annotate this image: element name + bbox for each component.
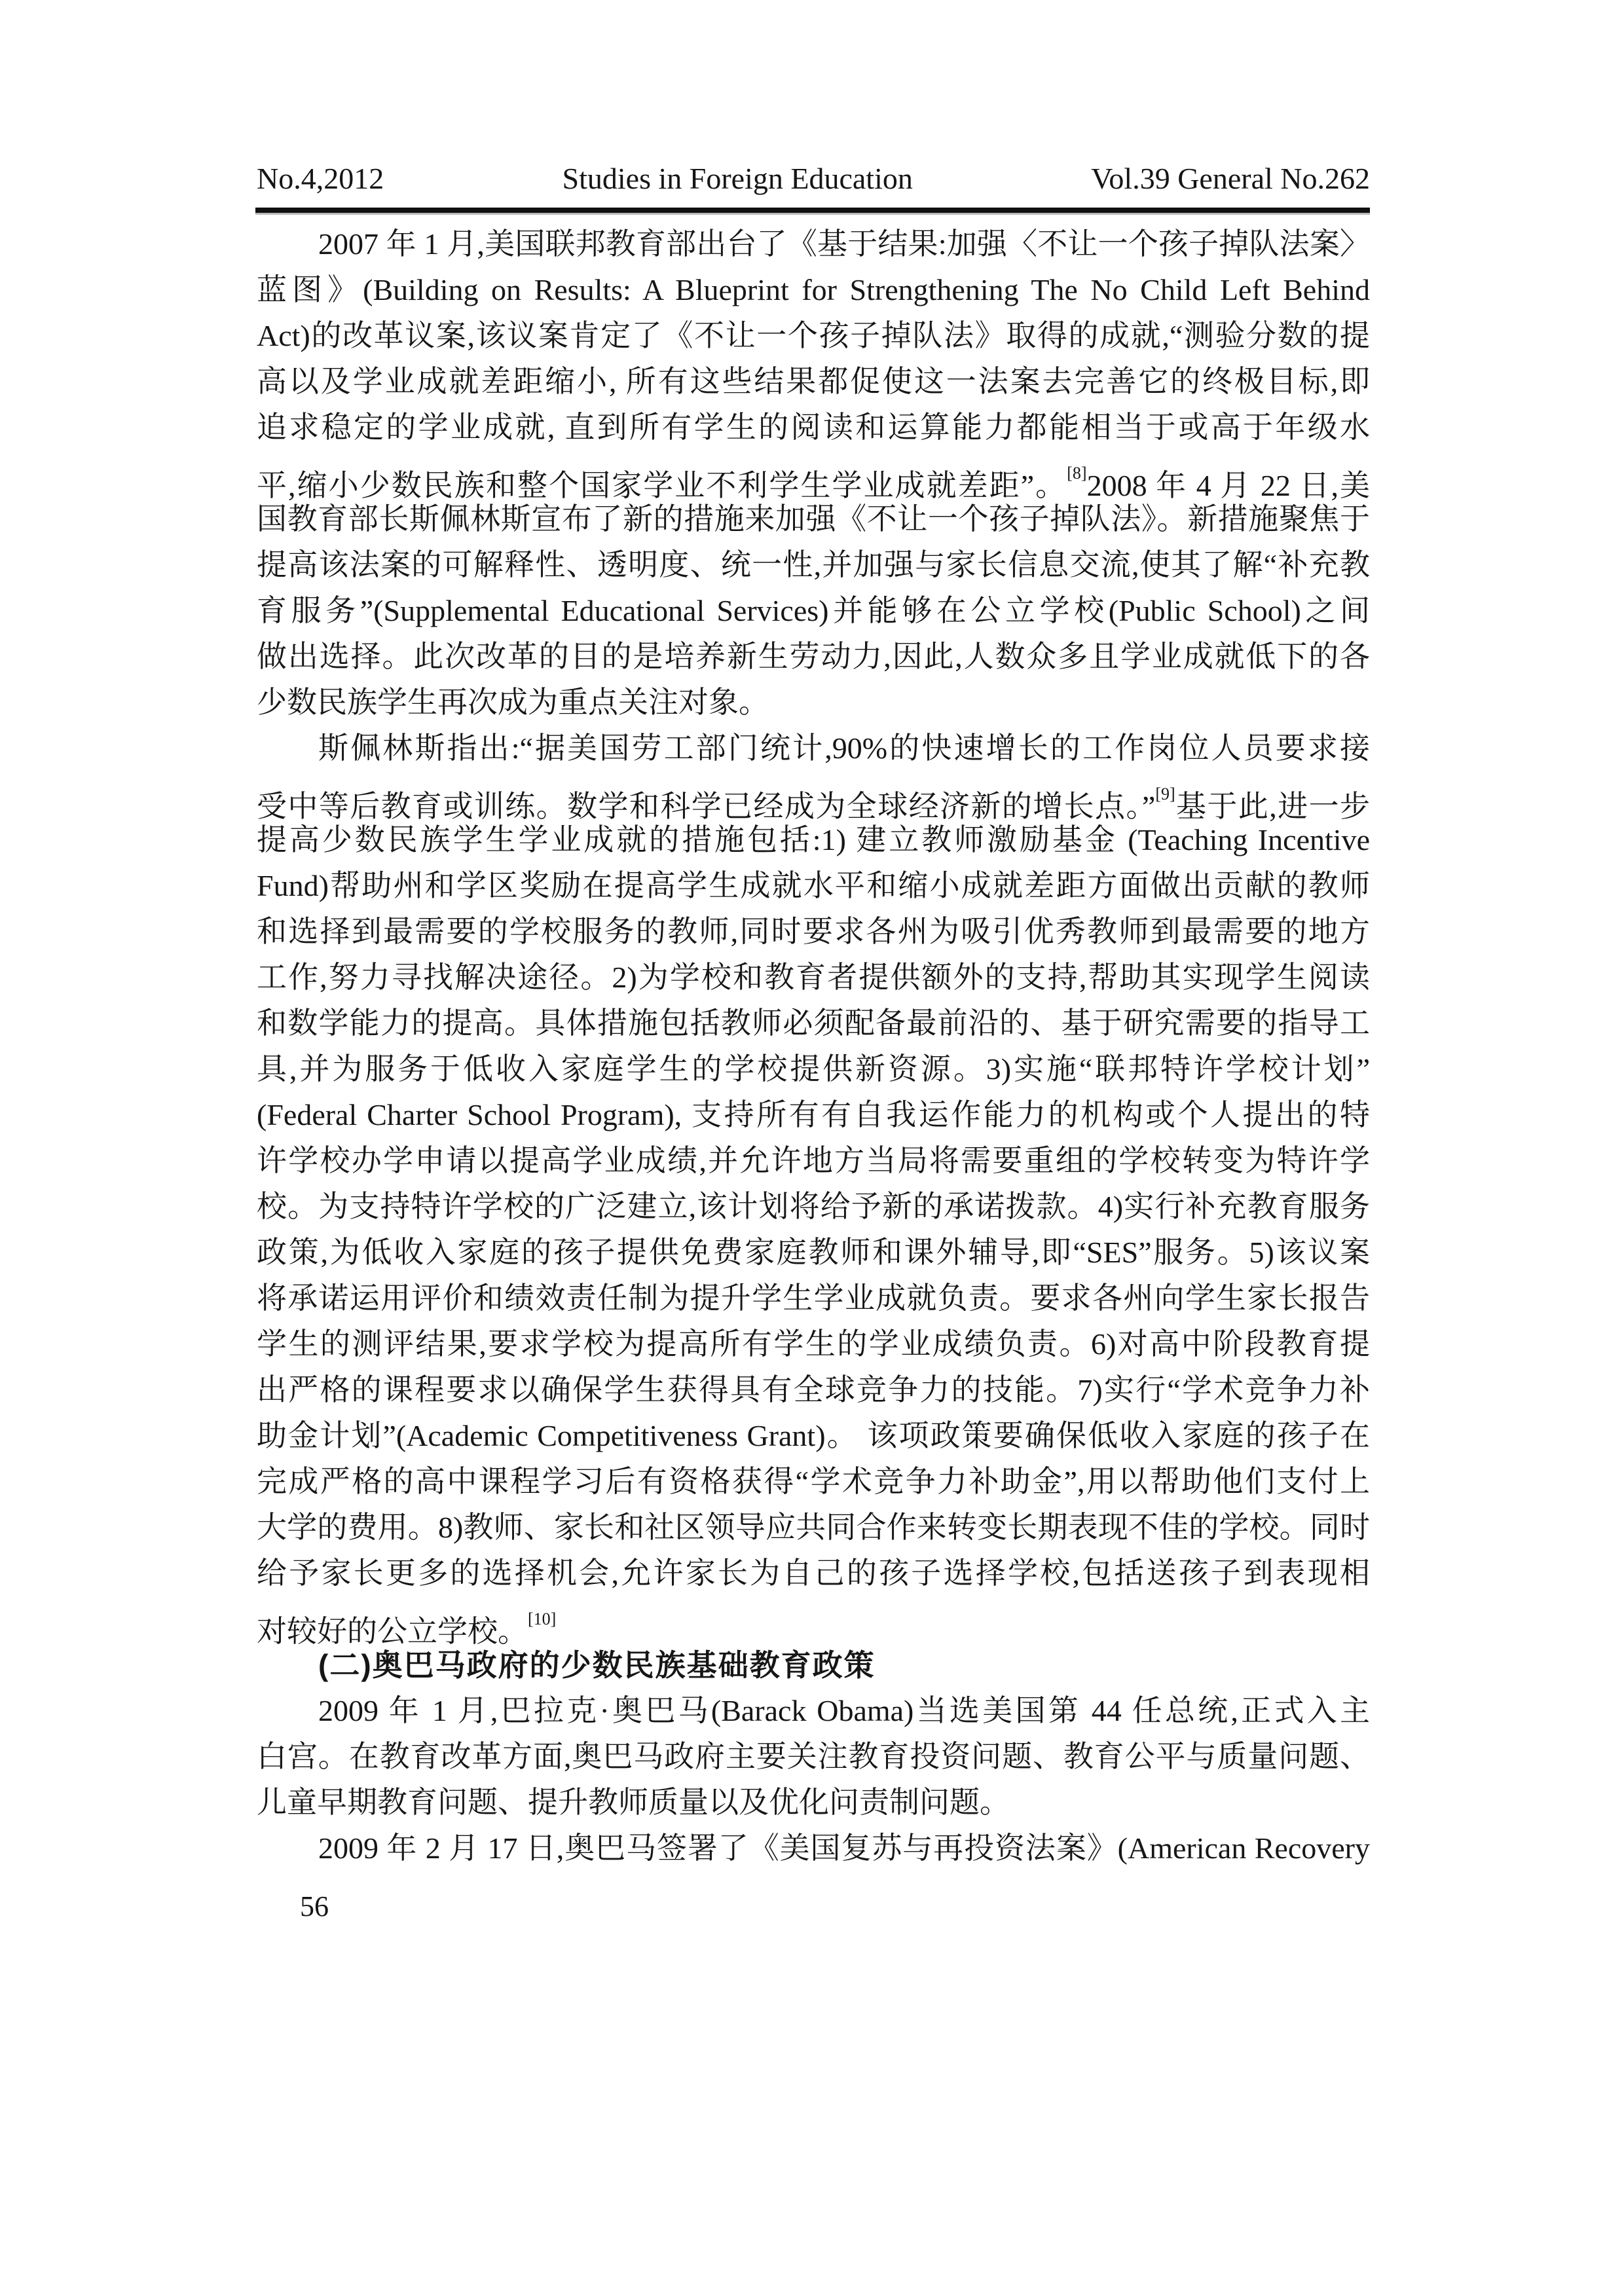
header-divider <box>255 208 1370 215</box>
text-segment: 完成严格的高中课程学习后有资格获得“学术竞争力补助金”,用以帮助他们支付上 <box>257 1465 1370 1498</box>
text-line: 和选择到最需要的学校服务的教师,同时要求各州为吸引优秀教师到最需要的地方 <box>257 909 1370 955</box>
text-segment: 斯佩林斯指出:“据美国劳工部门统计,90%的快速增长的工作岗位人员要求接 <box>318 731 1370 765</box>
text-line: 助金计划”(Academic Competitiveness Grant)。 该… <box>257 1413 1370 1459</box>
text-line: 国教育部长斯佩林斯宣布了新的措施来加强《不让一个孩子掉队法》。新措施聚焦于 <box>257 496 1370 542</box>
text-segment: Fund)帮助州和学区奖励在提高学生成就水平和缩小成就差距方面做出贡献的教师 <box>257 869 1370 902</box>
text-segment: (Federal Charter School Program), 支持所有有自… <box>257 1098 1370 1131</box>
text-line: 育服务”(Supplemental Educational Services)并… <box>257 588 1370 634</box>
text-line: 许学校办学申请以提高学业成绩,并允许地方当局将需要重组的学校转变为特许学 <box>257 1138 1370 1184</box>
text-segment: 助金计划”(Academic Competitiveness Grant)。 该… <box>257 1419 1370 1452</box>
text-segment: 政策,为低收入家庭的孩子提供免费家庭教师和课外辅导,即“SES”服务。5)该议案 <box>257 1236 1370 1269</box>
text-segment: 2009 年 1 月,巴拉克·奥巴马(Barack Obama)当选美国第 44… <box>318 1694 1370 1727</box>
header-issue: No.4,2012 <box>257 161 384 196</box>
text-segment: (二)奥巴马政府的少数民族基础教育政策 <box>318 1648 876 1682</box>
text-segment: 许学校办学申请以提高学业成绩,并允许地方当局将需要重组的学校转变为特许学 <box>257 1144 1370 1177</box>
text-segment: 高以及学业成就差距缩小, 所有这些结果都促使这一法案去完善它的终极目标,即 <box>257 365 1370 398</box>
text-line: 2009 年 2 月 17 日,奥巴马签署了《美国复苏与再投资法案》(Ameri… <box>257 1826 1370 1871</box>
text-segment: 2007 年 1 月,美国联邦教育部出台了《基于结果:加强〈不让一个孩子掉队法案… <box>318 227 1370 261</box>
text-line: 2007 年 1 月,美国联邦教育部出台了《基于结果:加强〈不让一个孩子掉队法案… <box>257 221 1370 267</box>
text-line: Fund)帮助州和学区奖励在提高学生成就水平和缩小成就差距方面做出贡献的教师 <box>257 863 1370 909</box>
text-line: 蓝图》(Building on Results: A Blueprint for… <box>257 267 1370 313</box>
text-line: Act)的改革议案,该议案肯定了《不让一个孩子掉队法》取得的成就,“测验分数的提 <box>257 313 1370 359</box>
citation-ref: [8] <box>1067 464 1086 483</box>
text-segment: 白宫。在教育改革方面,奥巴马政府主要关注教育投资问题、教育公平与质量问题、 <box>257 1740 1370 1773</box>
text-segment: Act)的改革议案,该议案肯定了《不让一个孩子掉队法》取得的成就,“测验分数的提 <box>257 319 1370 352</box>
text-segment: 和数学能力的提高。具体措施包括教师必须配备最前沿的、基于研究需要的指导工 <box>257 1006 1370 1040</box>
text-segment: 育服务”(Supplemental Educational Services)并… <box>257 594 1370 627</box>
text-line: 对较好的公立学校。[10] <box>257 1596 1370 1642</box>
text-segment: 校。为支持特许学校的广泛建立,该计划将给予新的承诺拨款。4)实行补充教育服务 <box>257 1190 1370 1223</box>
text-line: 学生的测评结果,要求学校为提高所有学生的学业成绩负责。6)对高中阶段教育提 <box>257 1321 1370 1367</box>
text-segment: 少数民族学生再次成为重点关注对象。 <box>257 686 769 719</box>
text-segment: 提高该法案的可解释性、透明度、统一性,并加强与家长信息交流,使其了解“补充教 <box>257 548 1370 581</box>
text-segment: 具,并为服务于低收入家庭学生的学校提供新资源。3)实施“联邦特许学校计划” <box>257 1052 1370 1086</box>
text-segment: 追求稳定的学业成就, 直到所有学生的阅读和运算能力都能相当于或高于年级水 <box>257 411 1370 444</box>
text-segment: 出严格的课程要求以确保学生获得具有全球竞争力的技能。7)实行“学术竞争力补 <box>257 1373 1370 1406</box>
page-header: No.4,2012 Studies in Foreign Education V… <box>257 161 1370 196</box>
text-line: 2009 年 1 月,巴拉克·奥巴马(Barack Obama)当选美国第 44… <box>257 1688 1370 1734</box>
text-segment: 国教育部长斯佩林斯宣布了新的措施来加强《不让一个孩子掉队法》。新措施聚焦于 <box>257 502 1370 536</box>
text-line: 平,缩小少数民族和整个国家学业不利学生学业成就差距”。[8]2008 年 4 月… <box>257 450 1370 496</box>
text-segment: 给予家长更多的选择机会,允许家长为自己的孩子选择学校,包括送孩子到表现相 <box>257 1556 1370 1590</box>
text-line: 受中等后教育或训练。数学和科学已经成为全球经济新的增长点。”[9]基于此,进一步 <box>257 771 1370 817</box>
body-text: 2007 年 1 月,美国联邦教育部出台了《基于结果:加强〈不让一个孩子掉队法案… <box>257 221 1370 1871</box>
text-line: 白宫。在教育改革方面,奥巴马政府主要关注教育投资问题、教育公平与质量问题、 <box>257 1734 1370 1780</box>
text-line: 儿童早期教育问题、提升教师质量以及优化问责制问题。 <box>257 1780 1370 1826</box>
text-line: 提高该法案的可解释性、透明度、统一性,并加强与家长信息交流,使其了解“补充教 <box>257 542 1370 588</box>
text-line: 将承诺运用评价和绩效责任制为提升学生学业成就负责。要求各州向学生家长报告 <box>257 1276 1370 1321</box>
text-line: 具,并为服务于低收入家庭学生的学校提供新资源。3)实施“联邦特许学校计划” <box>257 1046 1370 1092</box>
text-line: 政策,为低收入家庭的孩子提供免费家庭教师和课外辅导,即“SES”服务。5)该议案 <box>257 1230 1370 1276</box>
text-segment: 儿童早期教育问题、提升教师质量以及优化问责制问题。 <box>257 1786 1010 1819</box>
text-line: 大学的费用。8)教师、家长和社区领导应共同合作来转变长期表现不佳的学校。同时 <box>257 1505 1370 1551</box>
text-segment: 做出选择。此次改革的目的是培养新生劳动力,因此,人数众多且学业成就低下的各 <box>257 640 1370 673</box>
text-segment: 大学的费用。8)教师、家长和社区领导应共同合作来转变长期表现不佳的学校。同时 <box>257 1511 1370 1544</box>
journal-page: No.4,2012 Studies in Foreign Education V… <box>0 0 1624 2295</box>
text-line: (Federal Charter School Program), 支持所有有自… <box>257 1092 1370 1138</box>
text-line: 提高少数民族学生学业成就的措施包括:1) 建立教师激励基金 (Teaching … <box>257 817 1370 863</box>
text-segment: 提高少数民族学生学业成就的措施包括:1) 建立教师激励基金 (Teaching … <box>257 823 1370 856</box>
text-line: 工作,努力寻找解决途径。2)为学校和教育者提供额外的支持,帮助其实现学生阅读 <box>257 955 1370 1001</box>
text-line: 校。为支持特许学校的广泛建立,该计划将给予新的承诺拨款。4)实行补充教育服务 <box>257 1184 1370 1230</box>
text-segment: 和选择到最需要的学校服务的教师,同时要求各州为吸引优秀教师到最需要的地方 <box>257 915 1370 948</box>
text-line: 高以及学业成就差距缩小, 所有这些结果都促使这一法案去完善它的终极目标,即 <box>257 359 1370 405</box>
text-segment: 学生的测评结果,要求学校为提高所有学生的学业成绩负责。6)对高中阶段教育提 <box>257 1327 1370 1361</box>
text-segment: 2009 年 2 月 17 日,奥巴马签署了《美国复苏与再投资法案》(Ameri… <box>318 1831 1370 1865</box>
text-line: 斯佩林斯指出:“据美国劳工部门统计,90%的快速增长的工作岗位人员要求接 <box>257 725 1370 771</box>
text-line: 出严格的课程要求以确保学生获得具有全球竞争力的技能。7)实行“学术竞争力补 <box>257 1367 1370 1413</box>
text-line: 完成严格的高中课程学习后有资格获得“学术竞争力补助金”,用以帮助他们支付上 <box>257 1459 1370 1505</box>
header-volume: Vol.39 General No.262 <box>1091 161 1370 196</box>
text-segment: 蓝图》(Building on Results: A Blueprint for… <box>257 273 1370 306</box>
text-line: 少数民族学生再次成为重点关注对象。 <box>257 680 1370 725</box>
text-segment: 工作,努力寻找解决途径。2)为学校和教育者提供额外的支持,帮助其实现学生阅读 <box>257 961 1370 994</box>
page-number: 56 <box>300 1887 329 1926</box>
text-line: 做出选择。此次改革的目的是培养新生劳动力,因此,人数众多且学业成就低下的各 <box>257 634 1370 680</box>
header-journal-title: Studies in Foreign Education <box>563 161 913 196</box>
section-heading: (二)奥巴马政府的少数民族基础教育政策 <box>257 1642 1370 1688</box>
citation-ref: [9] <box>1155 784 1175 803</box>
citation-ref: [10] <box>528 1609 556 1628</box>
text-line: 给予家长更多的选择机会,允许家长为自己的孩子选择学校,包括送孩子到表现相 <box>257 1551 1370 1596</box>
text-line: 追求稳定的学业成就, 直到所有学生的阅读和运算能力都能相当于或高于年级水 <box>257 405 1370 450</box>
text-line: 和数学能力的提高。具体措施包括教师必须配备最前沿的、基于研究需要的指导工 <box>257 1001 1370 1046</box>
text-segment: 将承诺运用评价和绩效责任制为提升学生学业成就负责。要求各州向学生家长报告 <box>257 1281 1370 1315</box>
